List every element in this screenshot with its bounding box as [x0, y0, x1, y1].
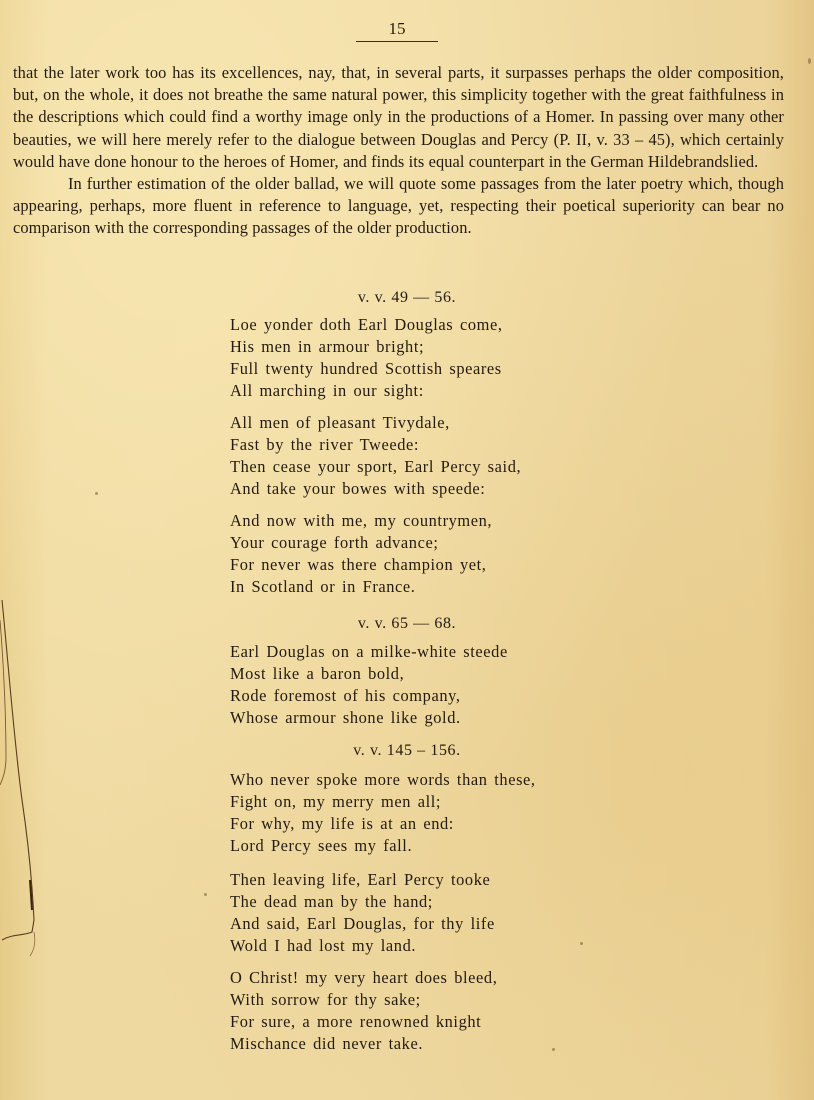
verse-line: Then leaving life, Earl Percy tooke	[230, 869, 495, 891]
page-number: 15	[356, 18, 438, 40]
paper-speck	[204, 893, 207, 896]
verse-line: Mischance did never take.	[230, 1033, 497, 1055]
body-text: that the later work too has its excellen…	[13, 62, 784, 240]
verse-line: For never was there champion yet,	[230, 554, 492, 576]
verse-line: Rode foremost of his company,	[230, 685, 508, 707]
verse-line: The dead man by the hand;	[230, 891, 495, 913]
verse-line: Whose armour shone like gold.	[230, 707, 508, 729]
paper-speck	[95, 492, 98, 495]
verse-line: For sure, a more renowned knight	[230, 1011, 497, 1033]
verse-line: Most like a baron bold,	[230, 663, 508, 685]
paper-tear-mark	[0, 580, 60, 960]
verse-reference: v. v. 65 — 68.	[0, 614, 814, 634]
verse-line: All marching in our sight:	[230, 380, 503, 402]
verse-line: Lord Percy sees my fall.	[230, 835, 536, 857]
verse-line: And now with me, my countrymen,	[230, 510, 492, 532]
stanza: All men of pleasant Tivydale, Fast by th…	[230, 412, 521, 500]
verse-line: Your courage forth advance;	[230, 532, 492, 554]
verse-line: Fast by the river Tweede:	[230, 434, 521, 456]
stanza: Earl Douglas on a milke-white steede Mos…	[230, 641, 508, 729]
verse-line: Wold I had lost my land.	[230, 935, 495, 957]
stanza: And now with me, my countrymen, Your cou…	[230, 510, 492, 598]
verse-line: Who never spoke more words than these,	[230, 769, 536, 791]
verse-reference: v. v. 49 — 56.	[0, 288, 814, 308]
verse-line: O Christ! my very heart does bleed,	[230, 967, 497, 989]
verse-line: All men of pleasant Tivydale,	[230, 412, 521, 434]
stanza: Loe yonder doth Earl Douglas come, His m…	[230, 314, 503, 402]
paragraph: In further estimation of the older balla…	[13, 173, 784, 240]
verse-line: Loe yonder doth Earl Douglas come,	[230, 314, 503, 336]
book-page: 15 that the later work too has its excel…	[0, 0, 814, 1100]
verse-line: And said, Earl Douglas, for thy life	[230, 913, 495, 935]
verse-line: For why, my life is at an end:	[230, 813, 536, 835]
stanza: Then leaving life, Earl Percy tooke The …	[230, 869, 495, 957]
verse-line: Fight on, my merry men all;	[230, 791, 536, 813]
verse-line: With sorrow for thy sake;	[230, 989, 497, 1011]
verse-line: Then cease your sport, Earl Percy said,	[230, 456, 521, 478]
verse-line: Earl Douglas on a milke-white steede	[230, 641, 508, 663]
verse-line: Full twenty hundred Scottish speares	[230, 358, 503, 380]
stanza: Who never spoke more words than these, F…	[230, 769, 536, 857]
stanza: O Christ! my very heart does bleed, With…	[230, 967, 497, 1055]
paper-speck	[580, 942, 583, 945]
verse-line: And take your bowes with speede:	[230, 478, 521, 500]
paper-speck	[552, 1048, 555, 1051]
paper-speck	[808, 58, 811, 64]
page-number-rule	[356, 41, 438, 42]
verse-line: In Scotland or in France.	[230, 576, 492, 598]
paragraph: that the later work too has its excellen…	[13, 62, 784, 173]
verse-reference: v. v. 145 – 156.	[0, 741, 814, 761]
verse-line: His men in armour bright;	[230, 336, 503, 358]
